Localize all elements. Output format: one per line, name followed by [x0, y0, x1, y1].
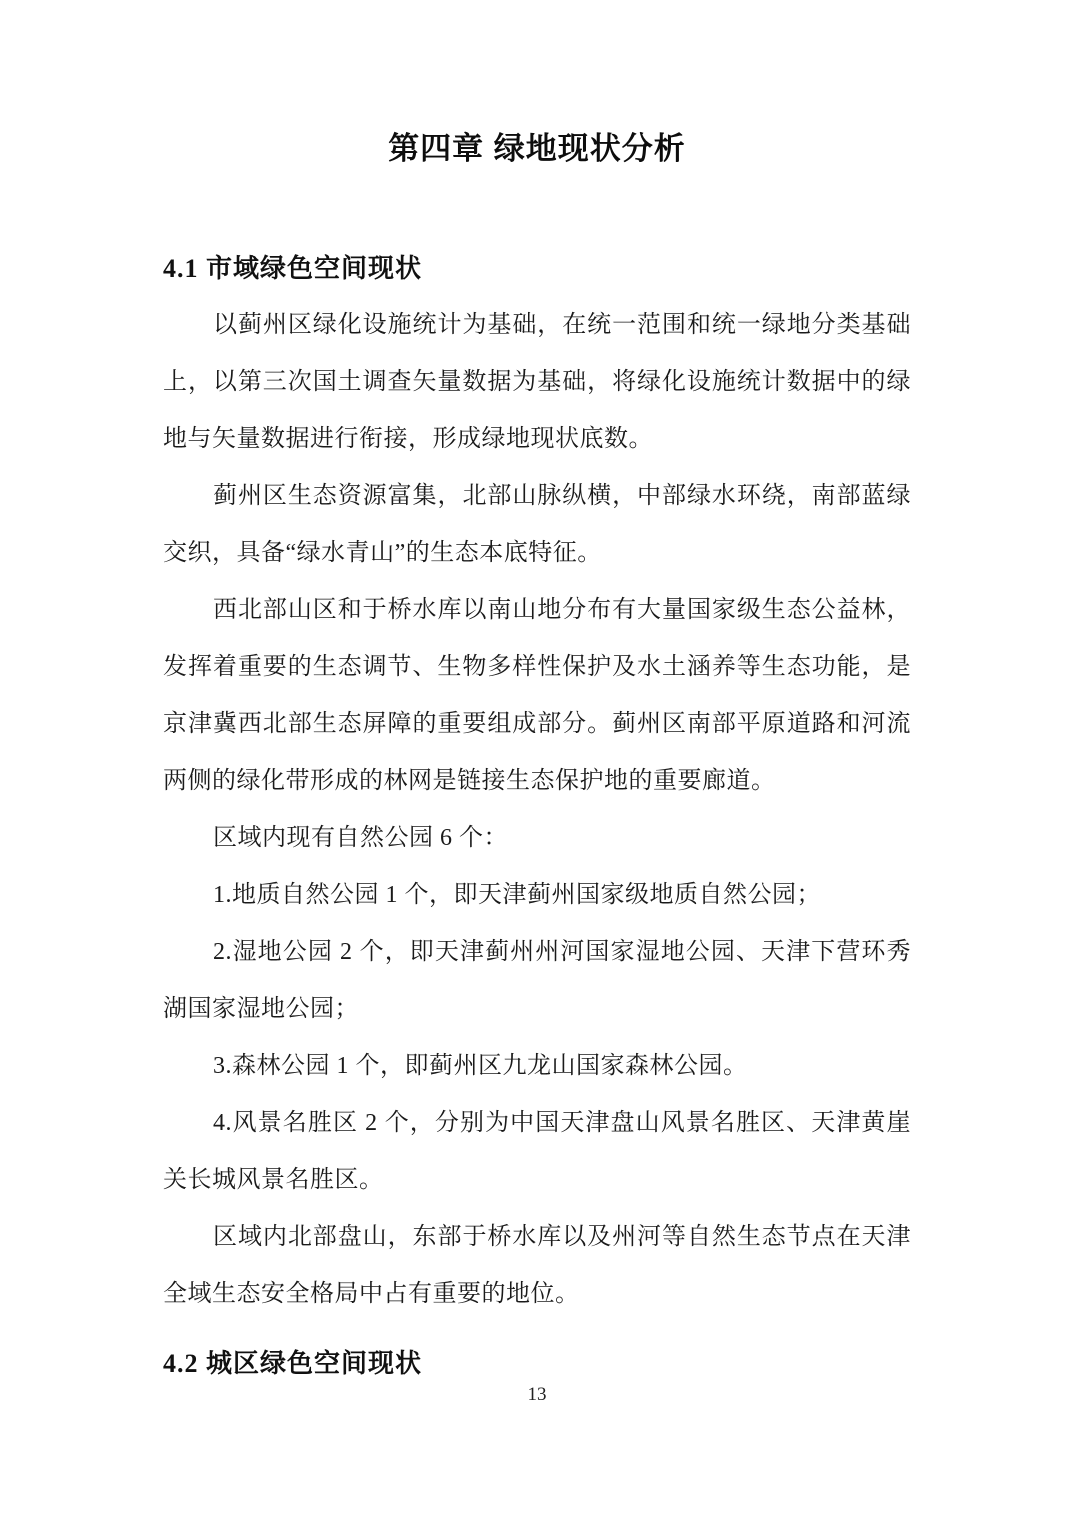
document-page: 第四章 绿地现状分析 4.1 市域绿色空间现状 以蓟州区绿化设施统计为基础，在统… [0, 0, 1074, 1520]
page-content: 第四章 绿地现状分析 4.1 市域绿色空间现状 以蓟州区绿化设施统计为基础，在统… [0, 128, 1074, 1392]
section-heading-4-1: 4.1 市域绿色空间现状 [163, 240, 911, 297]
paragraph-eco-resources: 蓟州区生态资源富集，北部山脉纵横，中部绿水环绕，南部蓝绿交织，具备“绿水青山”的… [163, 468, 911, 582]
list-item-forest-park: 3.森林公园 1 个，即蓟州区九龙山国家森林公园。 [163, 1038, 911, 1095]
page-number: 13 [0, 1383, 1074, 1407]
list-item-wetland-parks: 2.湿地公园 2 个，即天津蓟州州河国家湿地公园、天津下营环秀湖国家湿地公园； [163, 924, 911, 1038]
paragraph-nature-parks-intro: 区域内现有自然公园 6 个： [163, 810, 911, 867]
paragraph-greenspace-baseline: 以蓟州区绿化设施统计为基础，在统一范围和统一绿地分类基础上，以第三次国土调查矢量… [163, 297, 911, 468]
paragraph-eco-security-nodes: 区域内北部盘山，东部于桥水库以及州河等自然生态节点在天津全域生态安全格局中占有重… [163, 1209, 911, 1323]
paragraph-northwest-forest: 西北部山区和于桥水库以南山地分布有大量国家级生态公益林，发挥着重要的生态调节、生… [163, 582, 911, 810]
list-item-geological-park: 1.地质自然公园 1 个，即天津蓟州国家级地质自然公园； [163, 867, 911, 924]
list-item-scenic-areas: 4.风景名胜区 2 个，分别为中国天津盘山风景名胜区、天津黄崖关长城风景名胜区。 [163, 1095, 911, 1209]
chapter-title: 第四章 绿地现状分析 [163, 128, 911, 170]
